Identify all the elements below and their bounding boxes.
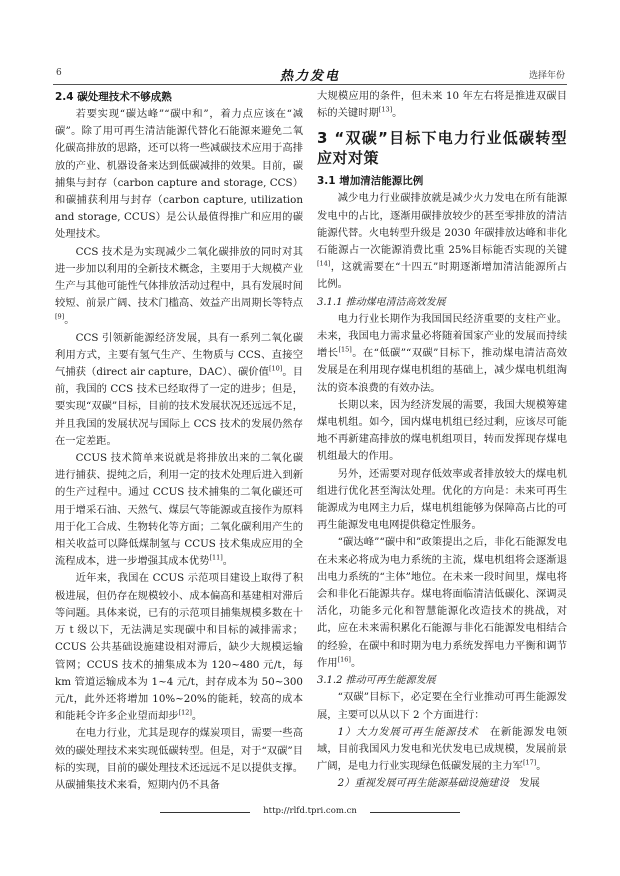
footer-rule-right — [370, 812, 460, 813]
citation: [13] — [379, 106, 392, 114]
section-heading-3: 3 “双碳”目标下电力行业低碳转型应对对策 — [317, 128, 567, 168]
citation: [17] — [523, 759, 536, 767]
paragraph: 减少电力行业碳排放就是减少火力发电在所有能源发电中的占比，逐渐用碳排放较少的甚至… — [317, 190, 567, 293]
citation: [15] — [338, 346, 351, 354]
section-heading-3-1: 3.1 增加清洁能源比例 — [317, 172, 567, 190]
list-item-title: 2）重视发展可再生能源基础设施建设 — [338, 777, 509, 789]
section-heading-3-1-1: 3.1.1 推动煤电清洁高效发展 — [317, 294, 567, 311]
list-item: 2）重视发展可再生能源基础设施建设 发展 — [317, 775, 567, 792]
citation: [9] — [55, 313, 64, 321]
issue-label: 选择年份 — [529, 68, 565, 81]
page-footer: http://rlfd.tpri.com.cn — [0, 806, 620, 818]
section-heading-2-4: 2.4 碳处理技术不够成熟 — [55, 88, 303, 106]
paragraph: CCUS 技术简单来说就是将排放出来的二氧化碳进行捕获、提纯之后，利用一定的技术… — [55, 450, 303, 570]
citation: [14] — [317, 260, 330, 268]
paragraph-continuation: 大规模应用的条件，但未来 10 年左右将是推进双碳目标的关键时期[13]。 — [317, 88, 567, 122]
citation: [12] — [179, 709, 192, 717]
paragraph: “碳达峰”“碳中和”政策提出之后，非化石能源发电在未来必将成为电力系统的主流，煤… — [317, 534, 567, 672]
header-divider — [53, 84, 567, 85]
paragraph: 长期以来，因为经济发展的需要，我国大规模筹建煤电机组。如今，国内煤电机组已经过剩… — [317, 397, 567, 466]
list-item: 1）大力发展可再生能源技术 在新能源发电领域，目前我国风力发电和光伏发电已成规模… — [317, 724, 567, 776]
list-item-title: 1）大力发展可再生能源技术 — [338, 726, 479, 738]
paragraph: 另外，还需要对现存低效率或者排放较大的煤电机组进行优化甚至淘汰处理。优化的方向是… — [317, 466, 567, 535]
citation: [10] — [269, 365, 282, 373]
paragraph: 若要实现“碳达峰”“碳中和”，着力点应该在“减碳”。除了用可再生清洁能源代替化石… — [55, 106, 303, 244]
paragraph: CCS 技术是为实现减少二氧化碳排放的同时对其进一步加以利用的全新技术概念，主要… — [55, 244, 303, 330]
left-column: 2.4 碳处理技术不够成熟 若要实现“碳达峰”“碳中和”，着力点应该在“减碳”。… — [55, 88, 303, 794]
paragraph: 电力行业长期作为我国国民经济重要的支柱产业。未来，我国电力需求量必将随着国家产业… — [317, 311, 567, 397]
paragraph: 近年来，我国在 CCUS 示范项目建设上取得了积极进展，但仍存在规模较小、成本偏… — [55, 570, 303, 725]
paragraph: 在电力行业，尤其是现存的煤炭项目，需要一些高效的碳处理技术来实现低碳转型。但是，… — [55, 725, 303, 794]
paragraph: “双碳”目标下，必定要在全行业推动可再生能源发展，主要可以从以下 2 个方面进行… — [317, 689, 567, 723]
citation: [16] — [338, 655, 351, 663]
citation: [11] — [209, 554, 222, 562]
journal-title: 热力发电 — [53, 65, 567, 84]
right-column: 大规模应用的条件，但未来 10 年左右将是推进双碳目标的关键时期[13]。 3 … — [317, 88, 567, 793]
paragraph: CCS 引领新能源经济发展，具有一系列二氧化碳利用方式，主要有氢气生产、生物质与… — [55, 330, 303, 450]
footer-url[interactable]: http://rlfd.tpri.com.cn — [0, 806, 620, 816]
section-heading-3-1-2: 3.1.2 推动可再生能源发展 — [317, 672, 567, 689]
